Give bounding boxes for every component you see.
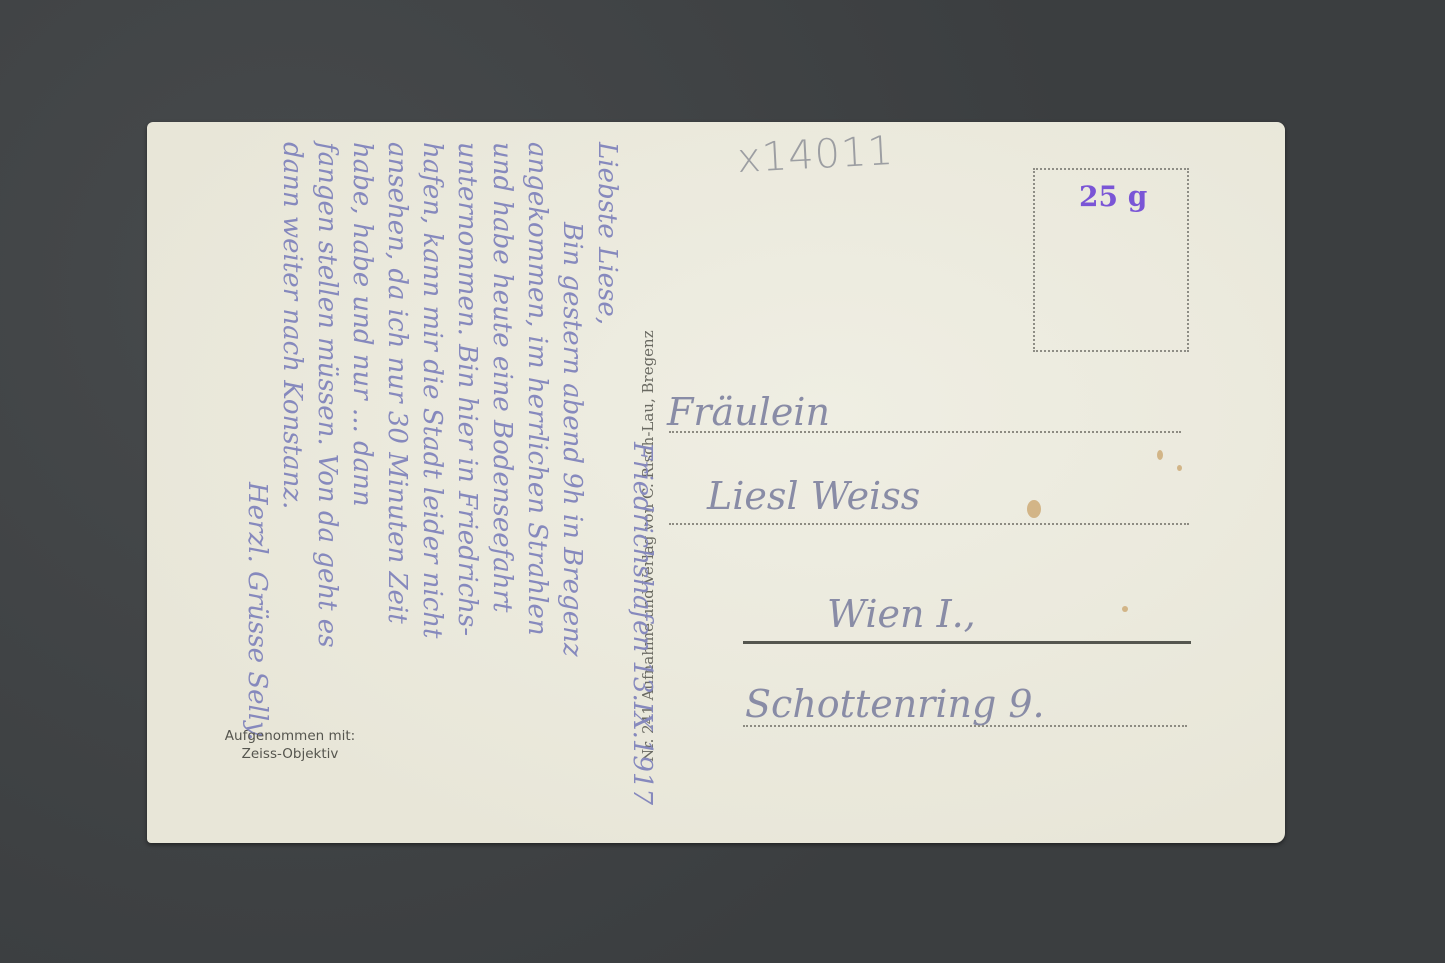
address-rule-1: [669, 431, 1181, 433]
stamp-box: 25 g: [1033, 168, 1189, 352]
address-rule-4: [743, 725, 1187, 727]
postcard: x14011 25 g Fräulein Liesl Weiss Wien I.…: [147, 122, 1285, 843]
message-line: hafen, kann mir die Stadt leider nicht: [417, 142, 447, 639]
message-date: Friedrichshafen 13.IX.1917: [627, 442, 657, 805]
stain: [1177, 465, 1182, 471]
message-line: und habe heute eine Bodenseefahrt: [487, 142, 517, 612]
message-line: Bin gestern abend 9h in Bregenz: [557, 222, 587, 657]
stain: [1157, 450, 1163, 460]
archive-number: x14011: [736, 128, 895, 182]
zeiss-line-2: Zeiss-Objektiv: [205, 745, 375, 763]
message-line: fangen stellen müssen. Von da geht es: [312, 142, 342, 648]
message-line: habe, habe und nur ... dann: [347, 142, 377, 507]
address-line-1: Fräulein: [667, 390, 830, 434]
zeiss-line-1: Aufgenommen mit:: [205, 727, 375, 745]
handwritten-message: Liebste Liese, Friedrichshafen 13.IX.191…: [167, 142, 687, 822]
message-line: unternommen. Bin hier in Friedrichs-: [452, 142, 482, 636]
message-line: ansehen, da ich nur 30 Minuten Zeit: [382, 142, 412, 624]
address-line-4: Schottenring 9.: [745, 682, 1045, 726]
zeiss-imprint: Aufgenommen mit: Zeiss-Objektiv: [205, 727, 375, 763]
address-rule-3: [743, 641, 1191, 644]
address-rule-2: [669, 523, 1189, 525]
address-line-2: Liesl Weiss: [707, 474, 920, 518]
stain: [1027, 500, 1041, 518]
message-greeting: Liebste Liese,: [592, 142, 622, 325]
address-line-3: Wien I.,: [827, 592, 976, 636]
stamp-value: 25 g: [1079, 180, 1147, 213]
message-signature: Herzl. Grüsse Selly.: [242, 482, 272, 741]
message-line: angekommen, im herrlichen Strahlen: [522, 142, 552, 636]
message-line: dann weiter nach Konstanz.: [277, 142, 307, 509]
stain: [1122, 606, 1128, 612]
